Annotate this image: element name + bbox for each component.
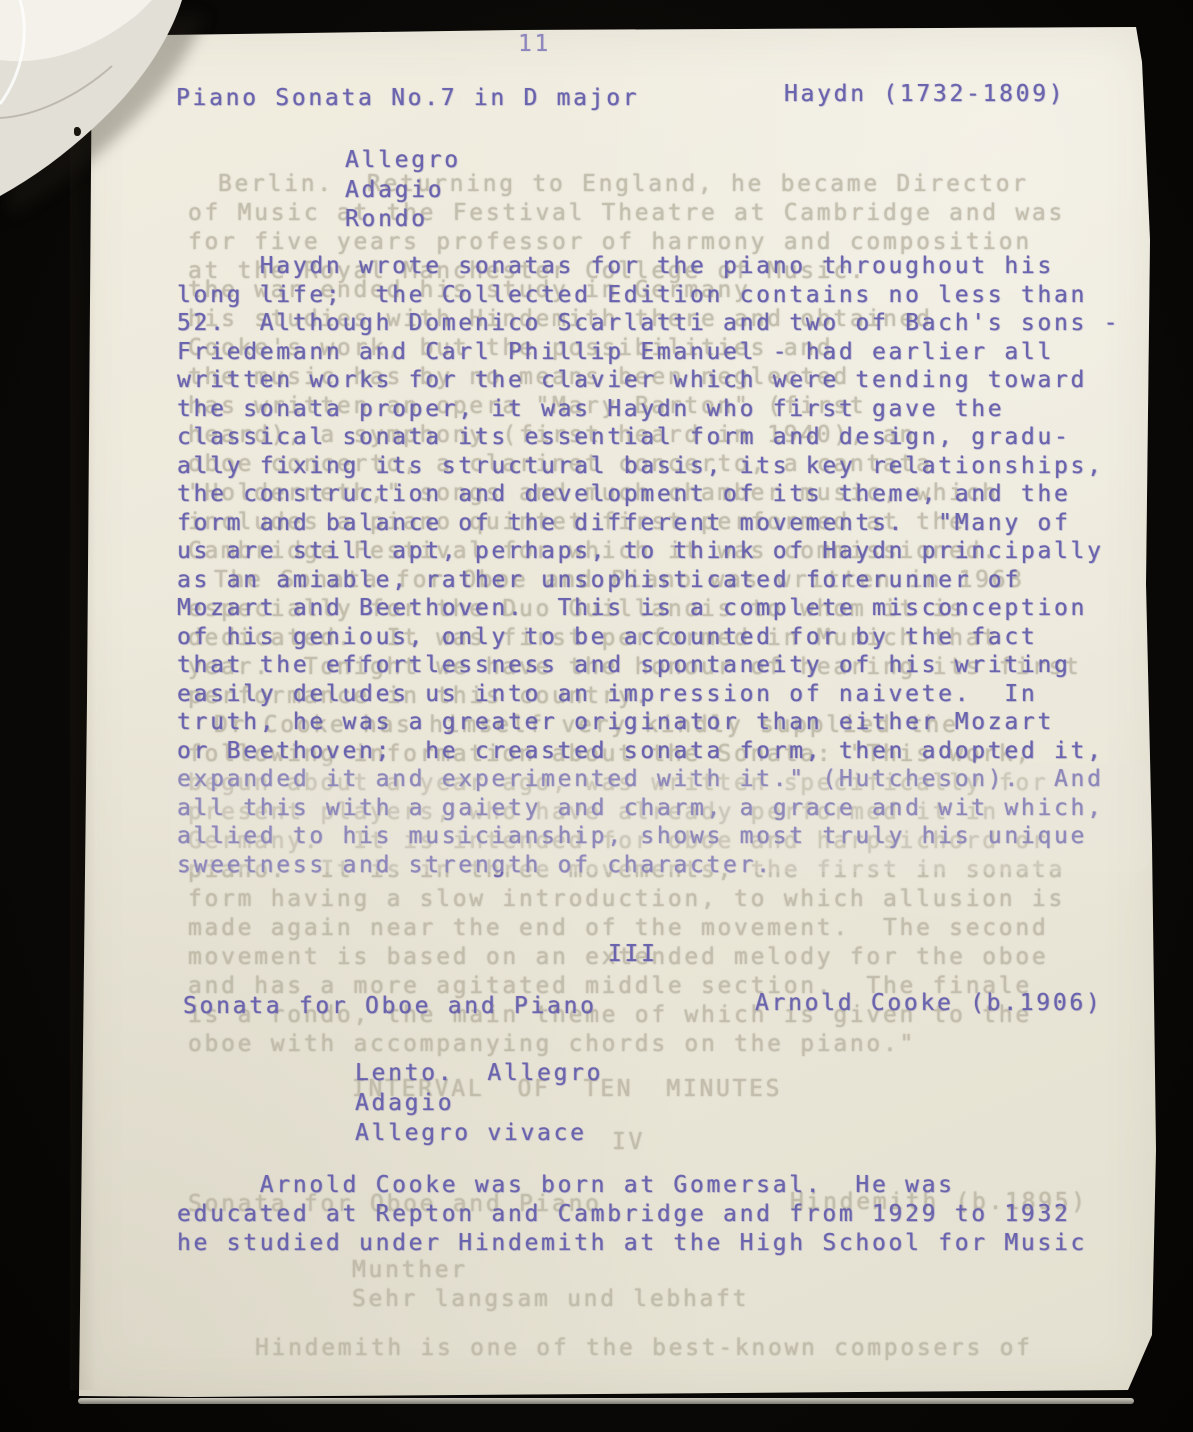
work2-title: Sonata for Oboe and Piano <box>183 992 597 1021</box>
ghost-line: form having a slow introduction, to whic… <box>188 885 1065 914</box>
work2-notes: Arnold Cooke was born at Gomersal. He wa… <box>177 1171 1087 1258</box>
work1-notes: Haydn wrote sonatas for the piano throug… <box>177 252 1120 879</box>
tissue-interleaf-fold <box>0 0 320 300</box>
ghost-line: Berlin. Returning to England, he became … <box>218 170 1029 199</box>
scanned-program-photo: { "document_type": "typewritten concert … <box>0 0 1193 1432</box>
ghost-line: made again near the end of the movement.… <box>188 914 1048 943</box>
ghost-line: Munther <box>352 1256 468 1285</box>
ghost-line: IV <box>612 1128 645 1157</box>
work1-movements: Allegro Adagio Rondo <box>345 146 461 235</box>
work1-composer: Haydn (1732-1809) <box>784 80 1065 109</box>
ghost-line: oboe with accompanying chords on the pia… <box>188 1030 916 1059</box>
work2-composer: Arnold Cooke (b.1906) <box>755 989 1103 1018</box>
tissue-edge-speck <box>74 127 81 136</box>
work2-movements: Lento. Allegro Adagio Allegro vivace <box>355 1058 603 1148</box>
section-numeral: III <box>608 940 658 969</box>
page-number: 11 <box>518 30 551 59</box>
ghost-line: Hindemith is one of the best-known compo… <box>255 1334 1033 1363</box>
ghost-line: Sehr langsam und lebhaft <box>352 1285 749 1314</box>
